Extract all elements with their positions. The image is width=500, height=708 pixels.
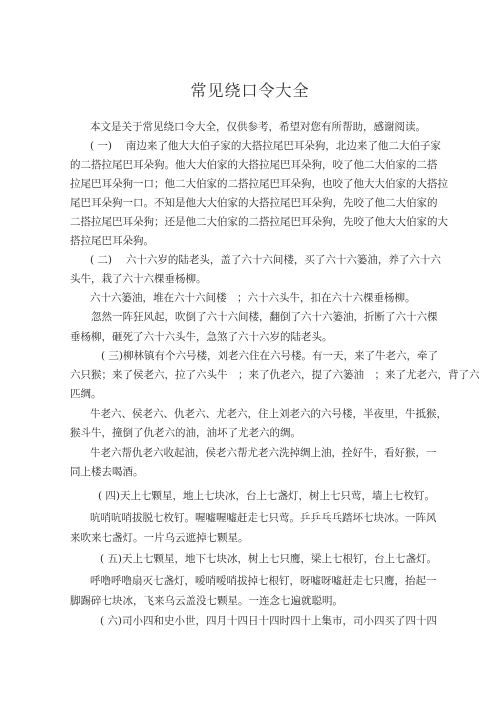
text-line: ( 四)天上七颗星，地上七块冰，台上七盏灯，树上七只莺，墙上七枚钉。: [98, 489, 435, 503]
text-line: 脚踢碎七块冰，飞来乌云盖没七颗星。一连念七遍就聪明。: [70, 594, 343, 608]
text-line: 的二搭拉尾巴耳朵狗。他大大伯家的大搭拉尾巴耳朵狗，咬了他二大伯家的二搭: [70, 158, 438, 172]
document-page: 常见绕口令大全 本文是关于常见绕口令大全，仅供参考，希望对您有所帮助，感谢阅读。…: [0, 0, 500, 708]
text-line: 吭哨吭哨拔脱七枚钉。喔嘘喔嘘赶走七只莺。乒乒乓乓踏坏七块冰。一阵风: [90, 511, 437, 525]
text-line: ( 五)天上七颗星，地下七块冰，树上七只鹰，梁上七根钉，台上七盏灯。: [100, 552, 437, 566]
text-line: ( 一) 南边来了他大大伯子家的大搭拉尾巴耳朵狗，北边来了他二大伯子家: [90, 139, 441, 153]
text-line: 同上楼去喝酒。: [70, 465, 144, 479]
text-line: 匹绸。: [70, 387, 102, 401]
text-line: 搭拉尾巴耳朵狗。: [70, 234, 154, 248]
text-line: 本文是关于常见绕口令大全，仅供参考，希望对您有所帮助，感谢阅读。: [90, 120, 426, 134]
page-title: 常见绕口令大全: [0, 78, 500, 101]
text-line: ( 六)司小四和史小世，四月十四日十四时四十上集市，司小四买了四十四: [100, 614, 437, 628]
text-line: ( 三)柳林镇有个六号楼，刘老六住在六号楼。有一天，来了牛老六，牵了: [101, 349, 438, 363]
text-line: ( 二) 六十六岁的陆老头，盖了六十六间楼，买了六十六篓油，养了六十六: [90, 253, 441, 267]
text-line: 六十六篓油，堆在六十六间楼 ；六十六头牛，扣在六十六棵垂杨柳。: [90, 291, 416, 305]
text-line: 猴斗牛，撞倒了仇老六的油，油坏了尤老六的绸。: [70, 426, 301, 440]
text-line: 忽然一阵狂风起，吹倒了六十六间楼，翻倒了六十六篓油，折断了六十六棵: [91, 310, 438, 324]
text-line: 二搭拉尾巴耳朵狗；还是他二大伯家的二搭拉尾巴耳朵狗，先咬了他大大伯家的大: [70, 215, 448, 229]
text-line: 垂杨柳，砸死了六十六头牛，急煞了六十六岁的陆老头。: [70, 330, 333, 344]
text-line: 尾巴耳朵狗一口。不知是他大大伯家的大搭拉尾巴耳朵狗，先咬了他二大伯家的: [70, 196, 438, 210]
text-line: 牛老六帮仇老六收起油，侯老六帮尤老六洗掉绸上油，拴好牛，看好猴，一: [90, 446, 437, 460]
text-line: 拉尾巴耳朵狗一口；他二大伯家的二搭拉尾巴耳朵狗，也咬了他大大伯家的大搭拉: [70, 177, 448, 191]
text-line: 来吹来七盏灯。一片乌云遮掉七颗星。: [70, 531, 249, 545]
text-line: 六只猴；来了侯老六，拉了六头牛 ；来了仇老六，提了六篓油 ；来了尤老六，背了六: [70, 368, 480, 382]
text-line: 头牛，栽了六十六棵垂杨柳。: [70, 272, 207, 286]
text-line: 牛老六、侯老六、仇老六、尤老六，住上刘老六的六号楼，半夜里，牛抵猴，: [90, 407, 447, 421]
text-line: 呼噜呼噜扇灭七盏灯，嗳哨嗳哨拔掉七根钉，呀嘘呀嘘赶走七只鹰，抬起一: [90, 574, 437, 588]
